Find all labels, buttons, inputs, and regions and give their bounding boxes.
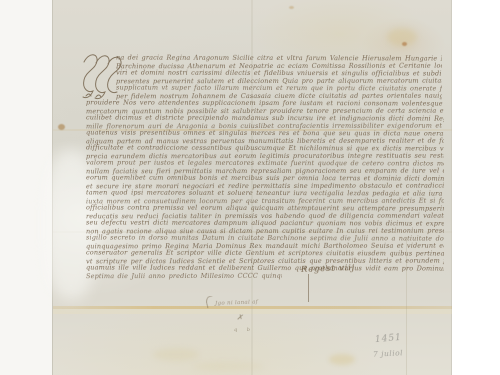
manuscript-line: Septima die Julii anno predicto Millesim… [86,272,282,280]
photo-background: na dei gracia Regina Aragonum Sicilie ci… [0,0,500,375]
flourish-descender-stroke [308,274,309,302]
bottom-stain-left [153,348,199,361]
rust-speck [402,42,407,46]
manuscript-line: supplicatum vt super facto illarum merci… [116,84,442,93]
bottom-stain-wide [193,362,263,371]
manuscript-line: quamuis ille ville Iudices reddant et de… [86,264,444,273]
scan-background-left [0,0,52,375]
manuscript-line: na dei gracia Regina Aragonum Sicilie ci… [116,54,442,63]
manuscript-body: na dei gracia Regina Aragonum Sicilie ci… [86,55,446,280]
small-speck [289,6,294,9]
check-mark: ✗ [236,312,244,322]
small-ink-note: q b [234,327,254,333]
yellow-stain [387,28,417,46]
parchment-sheet: na dei gracia Regina Aragonum Sicilie ci… [52,0,452,375]
pencil-year-note: 1451 [375,333,403,345]
bottom-stain-right [329,354,355,365]
manuscript-line: viri et domini nostri carissimi dilectis… [116,69,442,78]
ink-stain [58,124,65,130]
fold-crease-lower-highlight [53,309,453,314]
ink-docket-note: Jgo ni lanal af [206,294,276,308]
pencil-date-note: 7 juliol [373,348,403,359]
scan-background-right [452,0,500,375]
